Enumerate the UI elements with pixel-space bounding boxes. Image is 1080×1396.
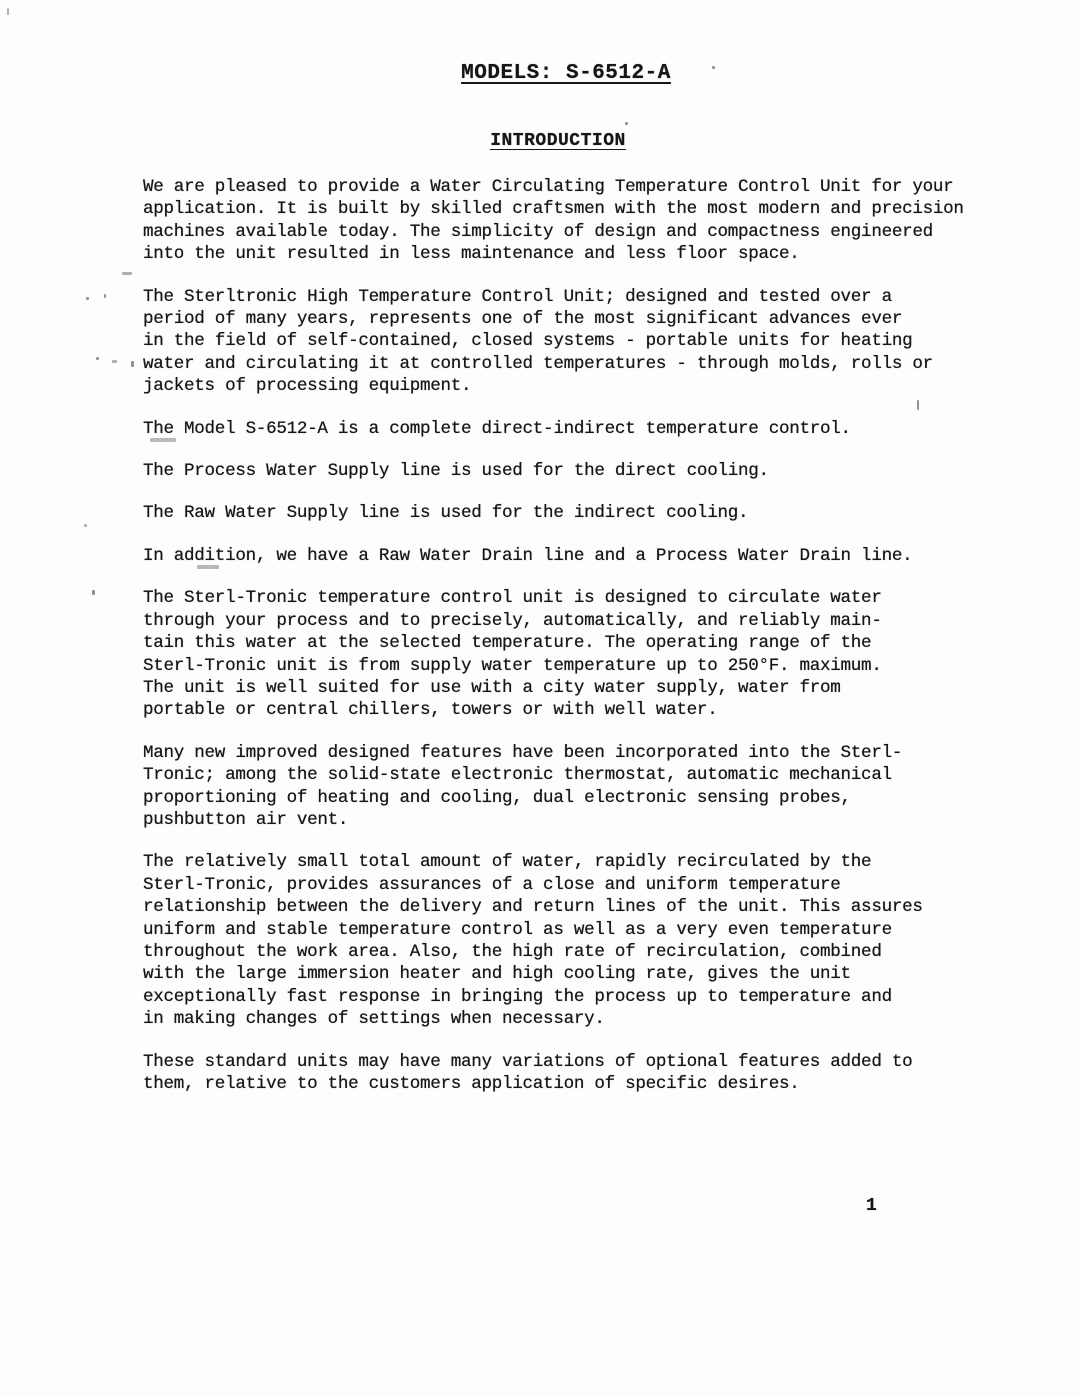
paragraph-model-description: The Model S-6512-A is a complete direct-… bbox=[143, 418, 1033, 440]
paragraph-sterltronic-unit: The Sterltronic High Temperature Control… bbox=[143, 286, 1033, 398]
scan-speckle bbox=[112, 360, 117, 363]
section-title: INTRODUCTION bbox=[18, 131, 1080, 151]
scan-speckle bbox=[122, 272, 132, 275]
paragraph-operating-range: The Sterl-Tronic temperature control uni… bbox=[143, 587, 1033, 721]
page-number: 1 bbox=[866, 1196, 877, 1216]
scan-speckle bbox=[625, 122, 628, 125]
scan-speckle bbox=[104, 294, 106, 298]
document-title: MODELS: S-6512-A bbox=[26, 62, 1080, 85]
scan-speckle bbox=[7, 8, 9, 15]
paragraph-new-features: Many new improved designed features have… bbox=[143, 742, 1033, 832]
scanned-document-page: MODELS: S-6512-A INTRODUCTION We are ple… bbox=[0, 0, 1080, 1396]
scan-speckle bbox=[86, 297, 89, 300]
paragraph-drain-lines: In addition, we have a Raw Water Drain l… bbox=[143, 545, 1033, 567]
scan-speckle bbox=[92, 590, 95, 595]
document-body: We are pleased to provide a Water Circul… bbox=[143, 176, 1033, 1115]
scan-speckle bbox=[96, 357, 99, 360]
scan-speckle bbox=[84, 524, 87, 527]
paragraph-standard-units: These standard units may have many varia… bbox=[143, 1051, 1033, 1096]
paragraph-recirculation: The relatively small total amount of wat… bbox=[143, 851, 1033, 1030]
paragraph-intro-unit: We are pleased to provide a Water Circul… bbox=[143, 176, 1033, 266]
paragraph-process-water: The Process Water Supply line is used fo… bbox=[143, 460, 1033, 482]
scan-speckle bbox=[712, 66, 715, 69]
scan-speckle bbox=[150, 438, 176, 442]
scan-speckle bbox=[131, 361, 134, 367]
scan-speckle bbox=[197, 565, 219, 569]
paragraph-raw-water: The Raw Water Supply line is used for th… bbox=[143, 502, 1033, 524]
scan-speckle bbox=[917, 400, 919, 410]
